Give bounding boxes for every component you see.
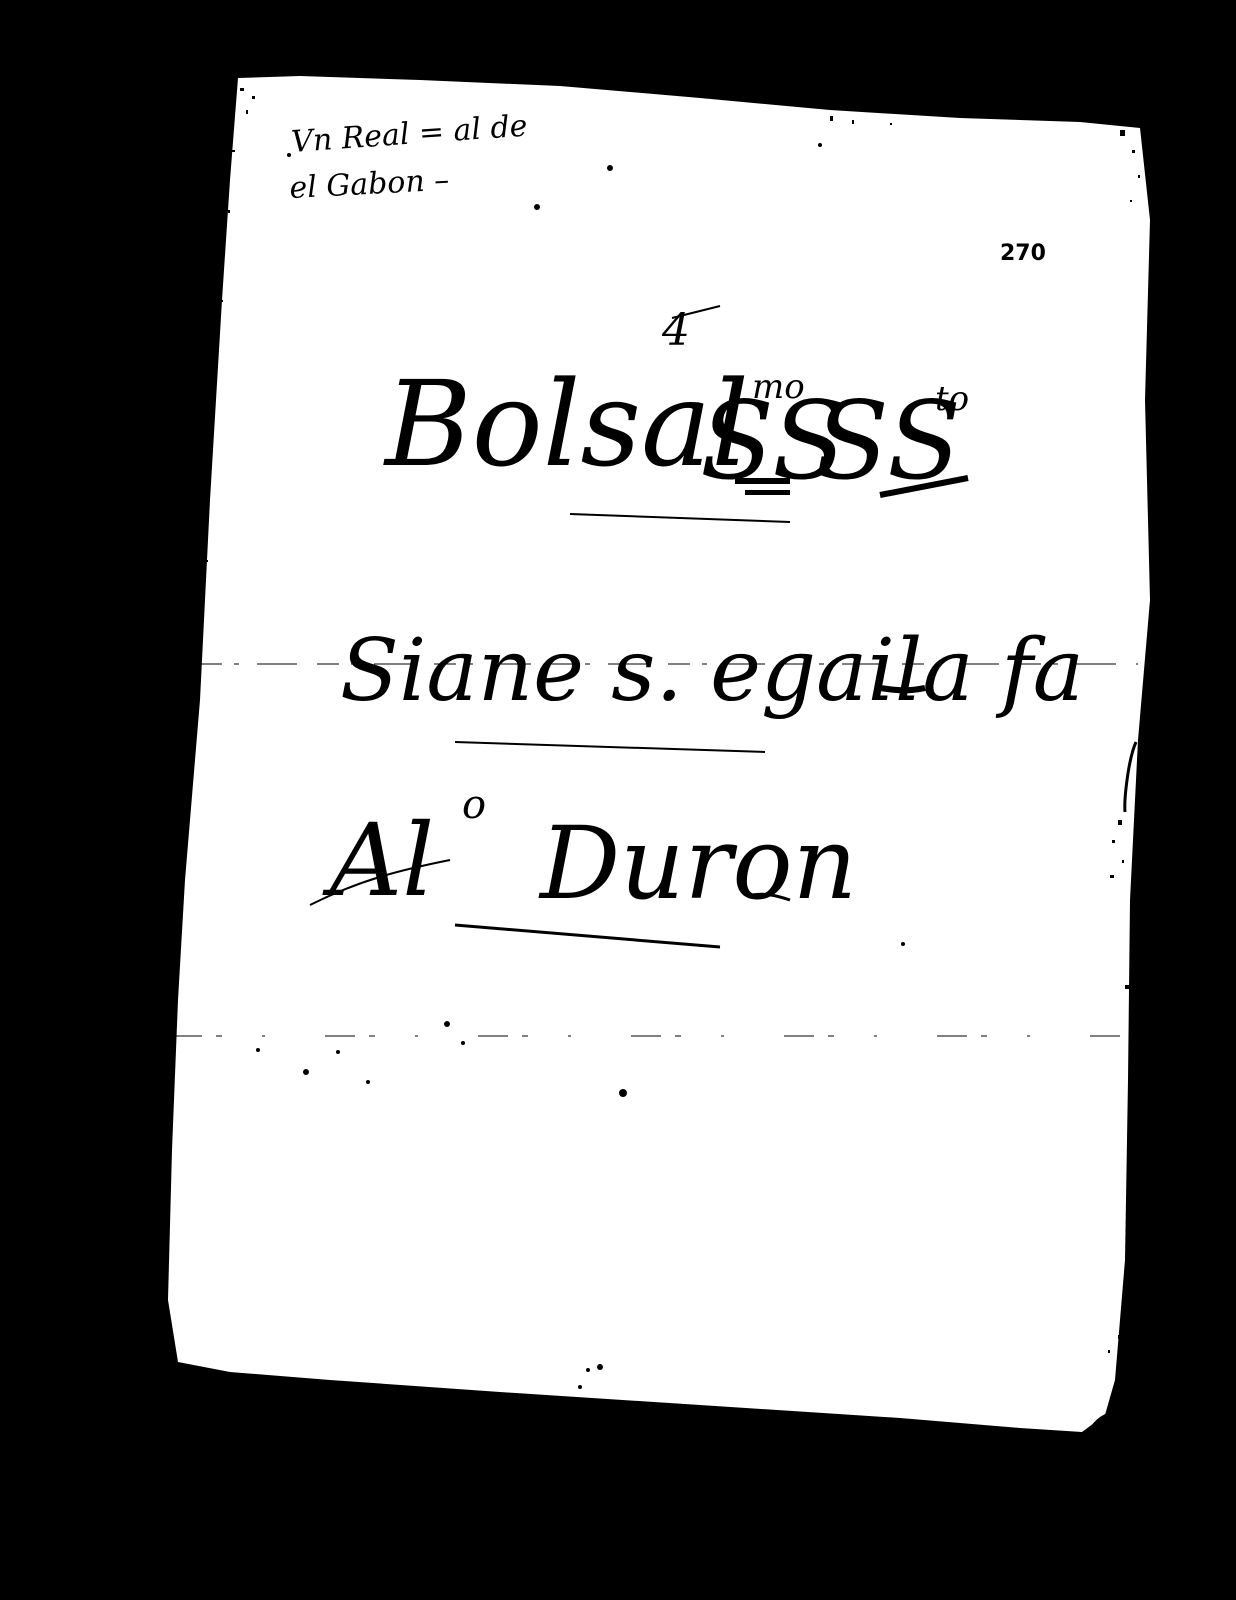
paper-sheet <box>168 76 1150 1440</box>
title-abbrev-2-sup: to <box>935 379 969 419</box>
title-main: Bolsal <box>383 355 749 493</box>
scanned-document: Vn Real = al de el Gabon – 270 4 Bolsal … <box>0 0 1236 1600</box>
title-superscript: 4 <box>661 305 690 356</box>
title-separator-2 <box>745 490 790 495</box>
title-abbrev-1-sup: mo <box>752 367 805 407</box>
signature-last: Duron <box>538 805 857 922</box>
folio-number: 270 <box>1000 241 1046 266</box>
signature-first-sup: o <box>462 782 486 828</box>
signature-first: Al <box>322 802 434 919</box>
subtitle-text: Siane s. egaila fa <box>340 621 1084 721</box>
title-separator-1 <box>735 478 790 484</box>
